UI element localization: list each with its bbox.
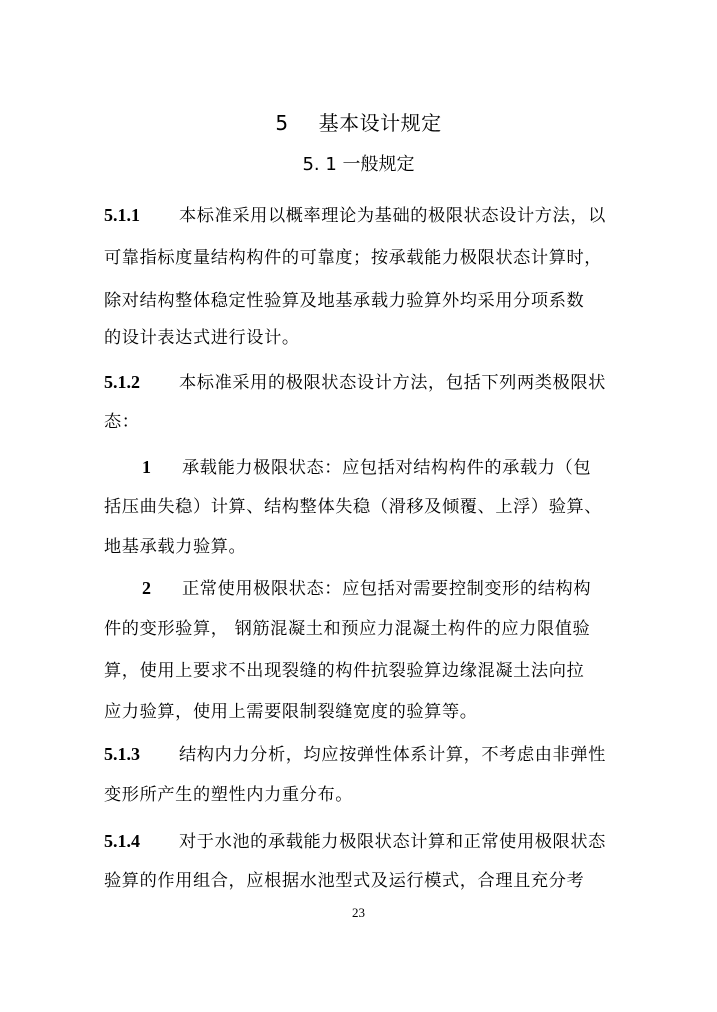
section-title: 5. 1 一般规定 bbox=[0, 151, 717, 179]
document-page: 5基本设计规定 5. 1 一般规定 5.1.1本标准采用以概率理论为基础的极限状… bbox=[0, 0, 717, 1012]
clause-number: 5.1.2 bbox=[104, 370, 179, 394]
line-text: 对于水池的承载能力极限状态计算和正常使用极限状态 bbox=[179, 832, 606, 852]
paragraph-line: 5.1.4对于水池的承载能力极限状态计算和正常使用极限状态 bbox=[104, 829, 624, 854]
line-text: 本标准采用的极限状态设计方法，包括下列两类极限状 bbox=[179, 373, 606, 393]
paragraph-line: 5.1.2本标准采用的极限状态设计方法，包括下列两类极限状 bbox=[104, 370, 624, 395]
clause-number: 5.1.3 bbox=[104, 742, 179, 766]
chapter-number: 5 bbox=[275, 108, 288, 138]
item-number: 1 bbox=[142, 455, 182, 479]
paragraph-line: 地基承载力验算。 bbox=[104, 535, 624, 559]
line-text: 本标准采用以概率理论为基础的极限状态设计方法，以 bbox=[179, 206, 606, 226]
chapter-title: 5基本设计规定 bbox=[0, 108, 717, 138]
paragraph-line: 除对结构整体稳定性验算及地基承载力验算外均采用分项系数 bbox=[104, 289, 624, 313]
item-number: 2 bbox=[142, 576, 182, 600]
paragraph-line: 态： bbox=[104, 410, 624, 434]
page-number: 23 bbox=[0, 905, 717, 921]
list-item-line: 1承载能力极限状态：应包括对结构构件的承载力（包 bbox=[104, 455, 624, 480]
paragraph-line: 件的变形验算， 钢筋混凝土和预应力混凝土构件的应力限值验 bbox=[104, 617, 624, 641]
paragraph-line: 变形所产生的塑性内力重分布。 bbox=[104, 783, 624, 807]
paragraph-line: 5.1.1本标准采用以概率理论为基础的极限状态设计方法，以 bbox=[104, 203, 624, 228]
paragraph-line: 的设计表达式进行设计。 bbox=[104, 326, 624, 350]
paragraph-line: 算，使用上要求不出现裂缝的构件抗裂验算边缘混凝土法向拉 bbox=[104, 659, 624, 683]
paragraph-line: 验算的作用组合，应根据水池型式及运行模式，合理且充分考 bbox=[104, 869, 624, 893]
paragraph-line: 应力验算，使用上需要限制裂缝宽度的验算等。 bbox=[104, 700, 624, 724]
chapter-title-text: 基本设计规定 bbox=[319, 111, 442, 135]
clause-number: 5.1.4 bbox=[104, 829, 179, 853]
paragraph-line: 可靠指标度量结构构件的可靠度；按承载能力极限状态计算时， bbox=[104, 246, 624, 270]
clause-number: 5.1.1 bbox=[104, 203, 179, 227]
paragraph-line: 5.1.3结构内力分析，均应按弹性体系计算，不考虑由非弹性 bbox=[104, 742, 624, 767]
line-text: 正常使用极限状态：应包括对需要控制变形的结构构 bbox=[182, 579, 591, 599]
paragraph-line: 括压曲失稳）计算、结构整体失稳（滑移及倾覆、上浮）验算、 bbox=[104, 495, 624, 519]
list-item-line: 2正常使用极限状态：应包括对需要控制变形的结构构 bbox=[104, 576, 624, 601]
line-text: 结构内力分析，均应按弹性体系计算，不考虑由非弹性 bbox=[179, 745, 606, 765]
line-text: 承载能力极限状态：应包括对结构构件的承载力（包 bbox=[182, 458, 591, 478]
